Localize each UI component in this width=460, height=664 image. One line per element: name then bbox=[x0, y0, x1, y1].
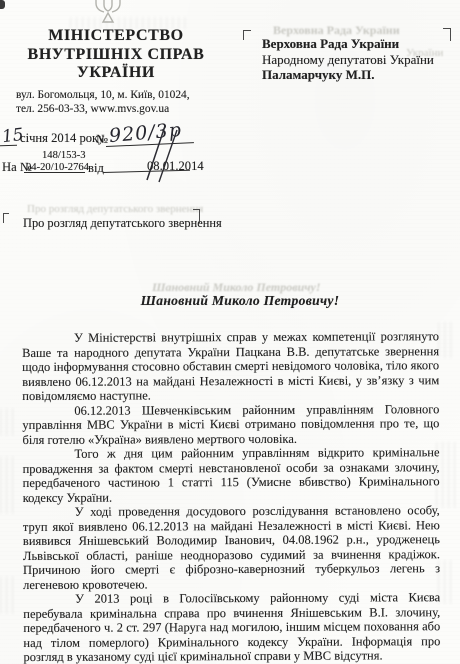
addressee-line-3: Паламарчуку М.П. bbox=[262, 67, 434, 83]
address-line-2: тел. 256-03-33, www.mvs.gov.ua bbox=[16, 103, 190, 117]
letter-body: У Міністерстві внутрішніх справ у межах … bbox=[22, 329, 440, 664]
date-month-year: січня 2014 року bbox=[20, 131, 104, 146]
reply-ref-upper: 148/153-3 bbox=[42, 150, 86, 161]
scan-artifact bbox=[0, 0, 5, 9]
bleedthrough-text: Про розгляд депутатського звернення bbox=[27, 203, 203, 215]
scan-artifact bbox=[438, 560, 456, 604]
org-line-2: ВНУТРІШНІХ СПРАВ bbox=[8, 46, 224, 65]
address-line-1: вул. Богомольця, 10, м. Київ, 01024, bbox=[16, 89, 190, 103]
from-label: від bbox=[88, 161, 104, 176]
sender-org-name: МІНІСТЕРСТВО ВНУТРІШНІХ СПРАВ УКРАЇНИ bbox=[8, 27, 224, 83]
paragraph-1: У Міністерстві внутрішніх справ у межах … bbox=[22, 329, 439, 403]
subject-corner-mark-right bbox=[193, 209, 200, 223]
salutation: Шановний Миколо Петровичу! bbox=[0, 293, 460, 309]
scan-artifact bbox=[438, 322, 456, 358]
scan-artifact bbox=[0, 408, 14, 436]
handwriting-stroke bbox=[130, 120, 200, 186]
number-sign: № bbox=[96, 132, 108, 147]
address-corner-mark-right bbox=[443, 28, 451, 41]
scanned-letter-page: МІНІСТЕРСТВО ВНУТРІШНІХ СПРАВ УКРАЇНИ ву… bbox=[0, 0, 460, 664]
scan-artifact bbox=[0, 576, 14, 614]
scan-artifact bbox=[436, 442, 456, 508]
org-line-3: УКРАЇНИ bbox=[8, 64, 224, 83]
org-line-1: МІНІСТЕРСТВО bbox=[8, 27, 224, 46]
paragraph-2: 06.12.2013 Шевченківським районним управ… bbox=[22, 402, 439, 447]
paragraph-3: Того ж дня цим районним управлінням відк… bbox=[23, 445, 440, 505]
sender-address: вул. Богомольця, 10, м. Київ, 01024, тел… bbox=[16, 89, 190, 116]
address-corner-mark-left bbox=[243, 30, 251, 40]
addressee-block: Верховна Рада України Народному депутато… bbox=[262, 36, 434, 83]
subject-line: Про розгляд депутатського звернення bbox=[23, 216, 222, 231]
paragraph-5: У 2013 році в Голосіївському районному с… bbox=[23, 590, 440, 664]
subject-corner-mark-left bbox=[3, 213, 9, 223]
reply-date: 08.01.2014 bbox=[147, 159, 204, 174]
addressee-line-2: Народному депутатові України bbox=[262, 52, 434, 68]
reply-ref: 04-20/10-2764 bbox=[26, 162, 89, 173]
paragraph-4: У ході проведення досудового розслідуван… bbox=[23, 503, 440, 592]
scan-artifact bbox=[0, 456, 16, 514]
addressee-line-1: Верховна Рада України bbox=[262, 36, 434, 52]
